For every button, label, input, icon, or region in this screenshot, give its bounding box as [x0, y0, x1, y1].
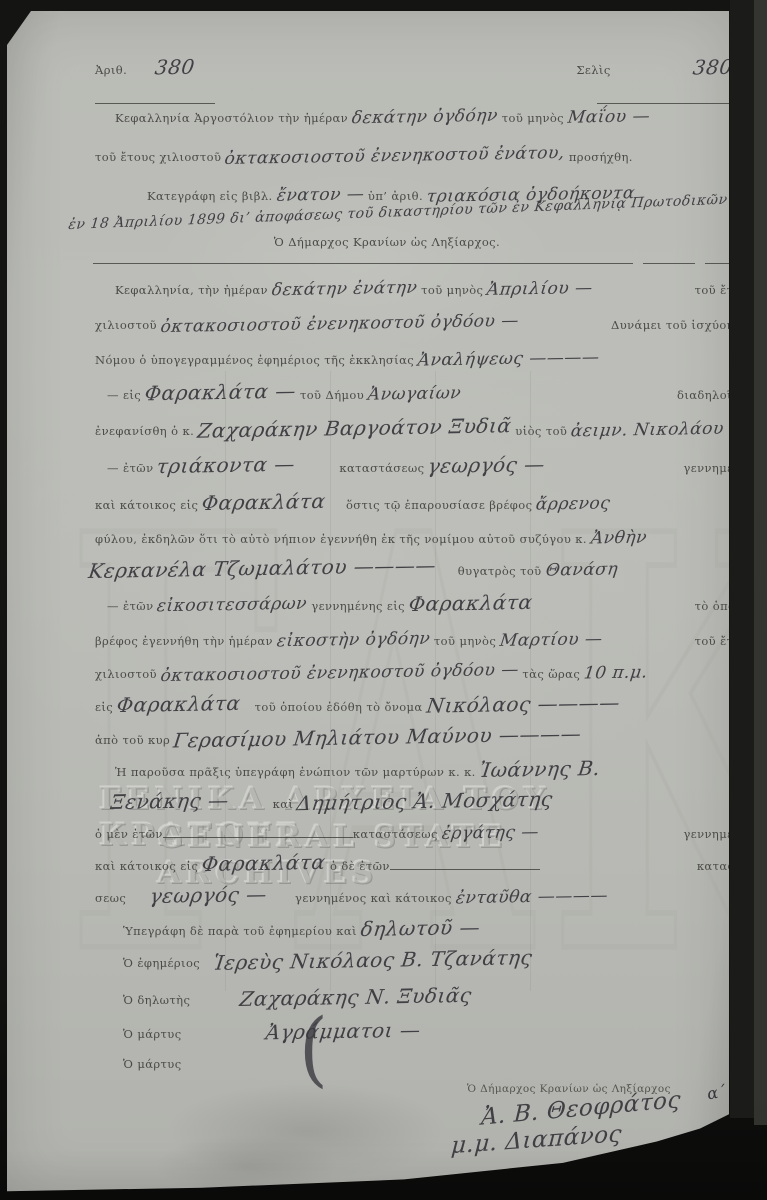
printed-text: χιλιοστοῦ	[95, 667, 157, 681]
hw-birth-year: ὀκτακοσιοστοῦ ἐνενηκοστοῦ ὀγδόου —	[161, 670, 519, 676]
printed-text: ὑπ’ ἀριθ.	[368, 189, 423, 203]
witness1-label: Ὁ μάρτυς	[123, 1027, 182, 1041]
hw-church-name: Ἀναλήψεως ————	[418, 357, 600, 360]
hw-registration-day: δεκάτην ὀγδόην	[352, 116, 498, 119]
act-line-12: χιλιοστοῦ ὀκτακοσιοστοῦ ἐνενηκοστοῦ ὀγδό…	[95, 667, 755, 681]
act-line-20: Ὑπεγράφη δὲ παρὰ τοῦ ἐφημερίου καὶ δηλωτ…	[123, 924, 755, 938]
printed-text: τοῦ ὁποίου ἐδόθη τὸ ὄνομα	[255, 700, 423, 714]
act-line-15: Ἡ παροῦσα πρᾶξις ὑπεγράφη ἐνώπιον τῶν μα…	[115, 765, 755, 779]
hw-witness1-residence: Φαρακλάτα	[202, 862, 326, 864]
act-line-5: ἐνεφανίσθη ὁ κ. Ζαχαράκην Βαργοάτον Ξυδι…	[95, 424, 755, 438]
act-line-14: ἀπὸ τοῦ κυρ Γερασίμου Μηλιάτου Μαύνου ——…	[95, 733, 755, 747]
signature-flourish-mark: α΄	[705, 1082, 727, 1104]
registration-line-2: τοῦ ἔτους χιλιοστοῦ ὀκτακοσιοστοῦ ἐνενηκ…	[95, 150, 755, 164]
hw-book-number: ἔνατον —	[276, 194, 364, 196]
hw-birth-place: Φαρακλάτα	[117, 703, 241, 705]
witness2-label: Ὁ μάρτυς	[123, 1057, 182, 1071]
book-edge	[754, 0, 767, 1125]
hw-act-month: Ἀπριλίου —	[487, 288, 593, 290]
act-line-8: φύλου, ἐκδηλῶν ὅτι τὸ αὐτὸ νήπιον ἐγεννή…	[95, 532, 755, 546]
printed-text: — ἐτῶν	[107, 599, 153, 613]
record-number-label: Ἀριθ.	[95, 63, 127, 77]
printed-text: Κεφαλληνία Ἀργοστόλιον τὴν ἡμέραν	[115, 111, 348, 125]
hw-registration-year: ὀκτακοσιοστοῦ ἐνενηκοστοῦ ἐνάτου,	[225, 153, 565, 159]
hw-grandfather-name: ἀειμν. Νικολάου	[571, 429, 724, 432]
section-divider	[93, 263, 633, 264]
act-line-3: Νόμου ὁ ὑπογεγραμμένος ἐφημέριος τῆς ἐκκ…	[95, 353, 755, 367]
priest-signature: Ἱερεὺς Νικόλαος Β. Τζανάτης	[214, 957, 533, 963]
hw-father-age: τριάκοντα —	[157, 464, 295, 466]
printed-text: — εἰς	[107, 388, 141, 402]
act-line-19: σεως γεωργός — γεννημένος καὶ κάτοικος ἐ…	[95, 891, 755, 905]
act-line-16: Ξενάκης — καὶ Δημήτριος Ἀ. Μοσχάτης	[107, 797, 755, 811]
act-line-18: καὶ κάτοικος εἰς Φαρακλάτα ὁ δὲ ἐτῶν κατ…	[95, 859, 755, 873]
hw-mother-fullname: Κερκανέλα Τζωμαλάτου ————	[89, 565, 437, 571]
hw-witness2-name: Δημήτριος Ἀ. Μοσχάτης	[297, 799, 553, 803]
act-line-7: καὶ κάτοικος εἰς Φαρακλάτα ὅστις τῷ ἐπαρ…	[95, 498, 755, 512]
printed-text: καὶ κάτοικος εἰς	[95, 859, 198, 873]
hw-also-signed-by: δηλωτοῦ —	[361, 927, 480, 929]
hw-witness2-residence: ἐνταῦθα ————	[456, 896, 608, 899]
printed-text: βρέφος ἐγεννήθη τὴν ἡμέραν	[95, 634, 273, 648]
hw-birth-month: Μαρτίου —	[500, 639, 603, 641]
blank-age-field	[163, 827, 353, 838]
act-line-2: χιλιοστοῦ ὀκτακοσιοστοῦ ἐνενηκοστοῦ ὀγδό…	[95, 318, 755, 332]
hw-illiterate-note: Ἀγράμματοι —	[265, 1030, 420, 1033]
hw-father-residence: Φαρακλάτα	[202, 501, 326, 503]
declarant-signature: Ζαχαράκης Ν. Ξυδιᾶς	[240, 995, 472, 999]
hw-given-name: Νικόλαος ————	[426, 702, 619, 705]
hw-maternal-grandfather: Θανάση	[545, 569, 617, 570]
printed-text: γεννημένης εἰς	[311, 599, 405, 613]
printed-text: υἱὸς τοῦ	[515, 424, 567, 438]
printed-text: Κατεγράφη εἰς βιβλ.	[147, 189, 273, 203]
hw-mother-firstname: Ἀνθὴν	[591, 538, 647, 539]
hw-birth-hour: 10 π.μ.	[584, 672, 648, 673]
printed-text: τοῦ μηνὸς	[421, 283, 483, 297]
hw-father-occupation: γεωργός —	[428, 464, 545, 466]
hw-witness1-occupation: ἐργάτης —	[442, 832, 539, 834]
act-line-1: Κεφαλληνία, τὴν ἡμέραν δεκάτην ἐνάτην το…	[115, 283, 755, 297]
hw-deme-name: Ἀνωγαίων	[368, 393, 461, 395]
mayor-title-top: Ὁ Δήμαρχος Κρανίων ὡς Ληξίαρχος.	[274, 235, 500, 249]
hw-parish-village: Φαρακλάτα —	[145, 391, 296, 394]
header-underline-left	[95, 103, 215, 104]
printed-text: Νόμου ὁ ὑπογεγραμμένος ἐφημέριος τῆς ἐκκ…	[95, 353, 414, 367]
hw-father-name: Ζαχαράκην Βαργοάτον Ξυδιᾶ	[198, 425, 512, 430]
printed-text: Ἡ παροῦσα πρᾶξις ὑπεγράφη ἐνώπιον τῶν μα…	[115, 765, 476, 779]
act-line-9: Κερκανέλα Τζωμαλάτου ———— θυγατρὸς τοῦ Θ…	[85, 564, 755, 578]
registration-line-1: Κεφαλληνία Ἀργοστόλιον τὴν ἡμέραν δεκάτη…	[115, 111, 755, 125]
printed-text: τοῦ μηνὸς	[434, 634, 496, 648]
printed-text: Ὑπεγράφη δὲ παρὰ τοῦ ἐφημερίου καὶ	[123, 924, 357, 938]
witness1-signature-row: Ὁ μάρτυς Ἀγράμματοι —	[123, 1027, 755, 1041]
hw-godfather-name: Γερασίμου Μηλιάτου Μαύνου ————	[174, 733, 582, 740]
act-line-11: βρέφος ἐγεννήθη τὴν ἡμέραν εἰκοστὴν ὀγδό…	[95, 634, 755, 648]
printed-text: καταστάσεως	[339, 461, 424, 475]
hw-mother-age: εἰκοσιτεσσάρων	[157, 604, 307, 607]
page-number-label: Σελὶς	[576, 63, 610, 77]
hw-act-year: ὀκτακοσιοστοῦ ἐνενηκοστοῦ ὀγδόου —	[161, 321, 519, 327]
book-edge-shadow	[730, 0, 754, 1118]
priest-label: Ὁ ἐφημέριος	[123, 956, 200, 970]
printed-text: — ἐτῶν	[107, 461, 153, 475]
act-line-13: εἰς Φαρακλάτα τοῦ ὁποίου ἐδόθη τὸ ὄνομα …	[95, 700, 755, 714]
printed-text: φύλου, ἐκδηλῶν ὅτι τὸ αὐτὸ νήπιον ἐγεννή…	[95, 532, 587, 546]
hw-registration-month: Μαΐου —	[568, 116, 650, 117]
printed-text: τοῦ ἔτους χιλιοστοῦ	[95, 150, 221, 164]
printed-text: χιλιοστοῦ	[95, 318, 157, 332]
printed-text: ὁ μὲν ἐτῶν	[95, 827, 163, 841]
declarant-signature-row: Ὁ δηλωτὴς Ζαχαράκης Ν. Ξυδιᾶς	[123, 993, 755, 1007]
printed-text: Κεφαλληνία, τὴν ἡμέραν	[115, 283, 268, 297]
printed-text: καταστάσεως	[353, 827, 438, 841]
printed-text: ὁ δὲ ἐτῶν	[330, 859, 390, 873]
printed-text: προσήχθη.	[569, 150, 633, 164]
header-row: Ἀριθ. 380 Σελὶς 380 v	[95, 63, 755, 77]
printed-text: ἐνεφανίσθη ὁ κ.	[95, 424, 194, 438]
printed-text: τὰς ὥρας	[522, 667, 580, 681]
printed-text: εἰς	[95, 700, 113, 714]
printed-text: θυγατρὸς τοῦ	[458, 564, 542, 578]
registration-marginal-note: ἐν 18 Ἀπριλίου 1899 δι’ ἀποφάσεως τοῦ δι…	[65, 205, 765, 220]
mayor-attest-line: Ὁ Δήμαρχος Κρανίων ὡς Ληξίαρχος.	[237, 235, 537, 249]
hw-act-day: δεκάτην ἐνάτην	[272, 288, 418, 291]
act-line-10: — ἐτῶν εἰκοσιτεσσάρων γεννημένης εἰς Φαρ…	[107, 599, 755, 613]
record-number-value: 380	[155, 67, 195, 68]
printed-text: ἀπὸ τοῦ κυρ	[95, 733, 170, 747]
blank-age-field	[390, 859, 540, 870]
hw-birth-day: εἰκοστὴν ὀγδόην	[277, 639, 430, 642]
mayor-signature-row-1: Ἀ. Β. Θεοφράτος	[477, 1098, 736, 1116]
document-page: ΓΑΚ ΓΕΝΙΚΑ ΑΡΧΕΙΑ ΤΟΥ ΚΡΑΤΟΥΣ GENERAL ST…	[7, 11, 729, 1196]
section-divider-dash	[643, 263, 695, 264]
hw-witness2-occupation: γεωργός —	[150, 894, 267, 896]
witness2-signature-row: Ὁ μάρτυς	[123, 1057, 755, 1071]
hw-mother-birthplace: Φαρακλάτα	[409, 602, 533, 604]
printed-text: καὶ	[273, 797, 294, 811]
printed-text: σεως	[95, 891, 126, 905]
act-line-17: ὁ μὲν ἐτῶν καταστάσεως ἐργάτης — γεννημέ…	[95, 827, 755, 841]
hw-witness1-firstname: Ἰωάννης Β.	[480, 768, 600, 770]
mayor-signature-line2: μ.μ. Διαπάνος	[451, 1134, 622, 1146]
act-line-6: — ἐτῶν τριάκοντα — καταστάσεως γεωργός —…	[107, 461, 755, 475]
printed-text: τοῦ Δήμου	[300, 388, 364, 402]
hw-witness1-surname: Ξενάκης —	[111, 800, 229, 802]
printed-text: γεννημένος καὶ κάτοικος	[295, 891, 452, 905]
witness-brace-glyph: (	[299, 1002, 328, 1097]
printed-text: τοῦ μηνὸς	[502, 111, 564, 125]
declarant-label: Ὁ δηλωτὴς	[123, 993, 190, 1007]
printed-text: ὅστις τῷ ἐπαρουσίασε βρέφος	[346, 498, 532, 512]
hw-marginal-note: ἐν 18 Ἀπριλίου 1899 δι’ ἀποφάσεως τοῦ δι…	[68, 200, 727, 225]
priest-signature-row: Ὁ ἐφημέριος Ἱερεὺς Νικόλαος Β. Τζανάτης	[123, 956, 755, 970]
act-line-4: — εἰς Φαρακλάτα — τοῦ Δήμου Ἀνωγαίων δια…	[107, 388, 755, 402]
printed-text: καὶ κάτοικος εἰς	[95, 498, 198, 512]
mayor-signature-line1: Ἀ. Β. Θεοφράτος	[481, 1100, 681, 1117]
hw-infant-sex: ἄρρενος	[536, 503, 610, 504]
